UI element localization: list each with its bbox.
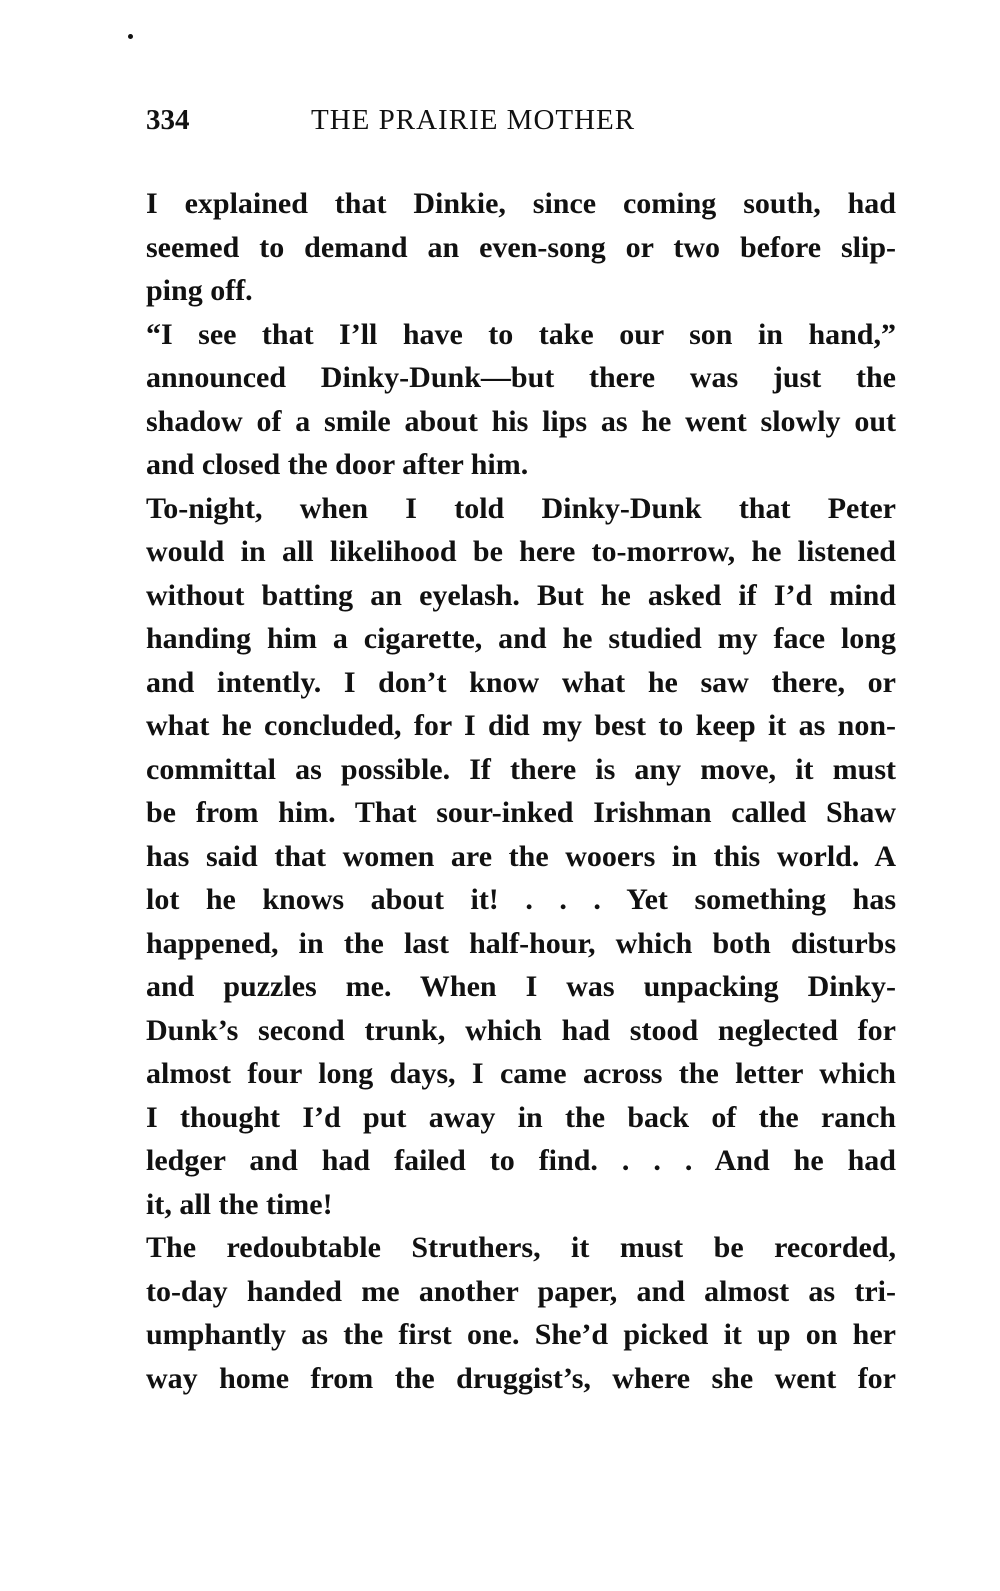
text-line: I thought I’d put away in the back of th… xyxy=(146,1096,896,1140)
page-number: 334 xyxy=(146,104,190,137)
running-head: THE PRAIRIE MOTHER xyxy=(311,104,635,137)
text-line: happened, in the last half-hour, which b… xyxy=(146,922,896,966)
paragraph: To-night, when I told Dinky-Dunk that Pe… xyxy=(146,487,896,1227)
text-line: to-day handed me another paper, and almo… xyxy=(146,1270,896,1314)
text-line: be from him. That sour-inked Irishman ca… xyxy=(146,791,896,835)
text-line: what he concluded, for I did my best to … xyxy=(146,704,896,748)
text-line: ledger and had failed to find. . . . And… xyxy=(146,1139,896,1183)
paragraph: “I see that I’ll have to take our son in… xyxy=(146,313,896,487)
text-line: has said that women are the wooers in th… xyxy=(146,835,896,879)
text-line: lot he knows about it! . . . Yet somethi… xyxy=(146,878,896,922)
text-line: I explained that Dinkie, since coming so… xyxy=(146,182,896,226)
text-line: announced Dinky-Dunk—but there was just … xyxy=(146,356,896,400)
text-line: would in all likelihood be here to-morro… xyxy=(146,530,896,574)
text-line: shadow of a smile about his lips as he w… xyxy=(146,400,896,444)
text-line: umphantly as the first one. She’d picked… xyxy=(146,1313,896,1357)
paragraph: The redoubtable Struthers, it must be re… xyxy=(146,1226,896,1400)
text-line: To-night, when I told Dinky-Dunk that Pe… xyxy=(146,487,896,531)
text-line: The redoubtable Struthers, it must be re… xyxy=(146,1226,896,1270)
paragraph: I explained that Dinkie, since coming so… xyxy=(146,182,896,313)
print-speck xyxy=(128,34,133,39)
text-line: Dunk’s second trunk, which had stood neg… xyxy=(146,1009,896,1053)
text-line: without batting an eyelash. But he asked… xyxy=(146,574,896,618)
text-line: it, all the time! xyxy=(146,1183,896,1227)
text-line: and closed the door after him. xyxy=(146,443,896,487)
text-line: handing him a cigarette, and he studied … xyxy=(146,617,896,661)
text-line: “I see that I’ll have to take our son in… xyxy=(146,313,896,357)
text-line: and puzzles me. When I was unpacking Din… xyxy=(146,965,896,1009)
text-line: seemed to demand an even-song or two bef… xyxy=(146,226,896,270)
text-line: and intently. I don’t know what he saw t… xyxy=(146,661,896,705)
page-header: 334 THE PRAIRIE MOTHER xyxy=(146,104,906,144)
text-line: almost four long days, I came across the… xyxy=(146,1052,896,1096)
text-line: committal as possible. If there is any m… xyxy=(146,748,896,792)
page-body: I explained that Dinkie, since coming so… xyxy=(146,182,896,1400)
text-line: ping off. xyxy=(146,269,896,313)
text-line: way home from the druggist’s, where she … xyxy=(146,1357,896,1401)
